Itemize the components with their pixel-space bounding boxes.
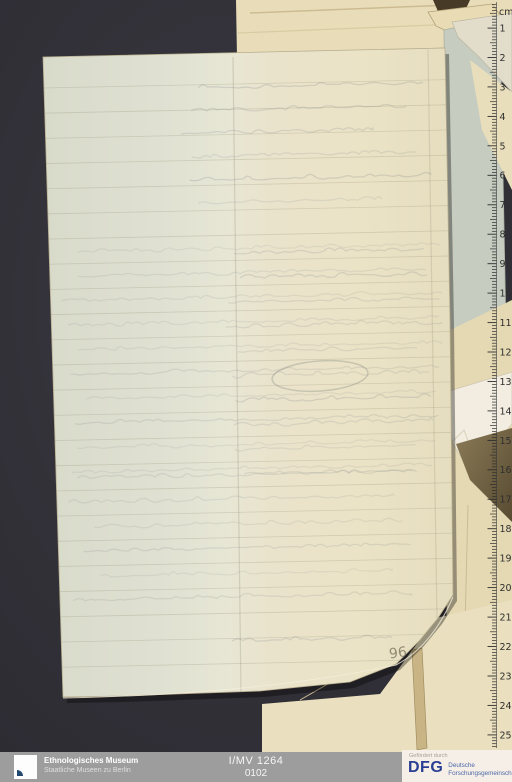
dfg-logo: DFG: [408, 760, 443, 775]
ruler-number: 1: [500, 23, 506, 34]
ruler-number: 15: [500, 436, 512, 447]
ruler-number: 5: [500, 141, 506, 152]
dfg-org-name: Deutsche Forschungsgemeinschaft: [448, 762, 512, 777]
ruler-number: 16: [500, 465, 512, 476]
document-page: 96: [43, 48, 457, 703]
ruler-number: 25: [500, 730, 512, 741]
ruler-number: 13: [500, 377, 512, 388]
ruler-number: 17: [500, 495, 512, 506]
ruler-number: 12: [500, 347, 512, 358]
ruler-number: 10: [500, 289, 512, 300]
ruler-number: 4: [500, 112, 506, 123]
ruler-number: 2: [500, 53, 506, 64]
ruler-number: 19: [500, 554, 512, 565]
ruler-number: 23: [500, 671, 512, 682]
ruler-number: 6: [500, 171, 506, 182]
ruler-unit-label: cm: [499, 7, 512, 18]
ruler-number: 18: [500, 524, 512, 535]
ruler-number: 22: [500, 642, 512, 653]
dfg-funding-card: Gefördert durch DFG Deutsche Forschungsg…: [402, 750, 512, 782]
ruler-number: 24: [500, 701, 512, 712]
ruler-number: 11: [500, 318, 512, 329]
scanned-photo: 96 1234567891011121314151617181920212223…: [0, 0, 512, 752]
scan-viewer: 96 1234567891011121314151617181920212223…: [0, 0, 512, 782]
ruler-number: 9: [500, 259, 506, 270]
ruler-number: 21: [500, 613, 512, 624]
ruler-number: 8: [500, 230, 506, 241]
pencil-page-number: 96: [388, 642, 408, 660]
footer-bar: Ethnologisches Museum Staatliche Museen …: [0, 752, 512, 782]
ruler-number: 7: [500, 200, 506, 211]
ruler-number: 14: [500, 406, 512, 417]
ruler-number: 3: [500, 82, 506, 93]
ruler-number: 20: [500, 583, 512, 594]
